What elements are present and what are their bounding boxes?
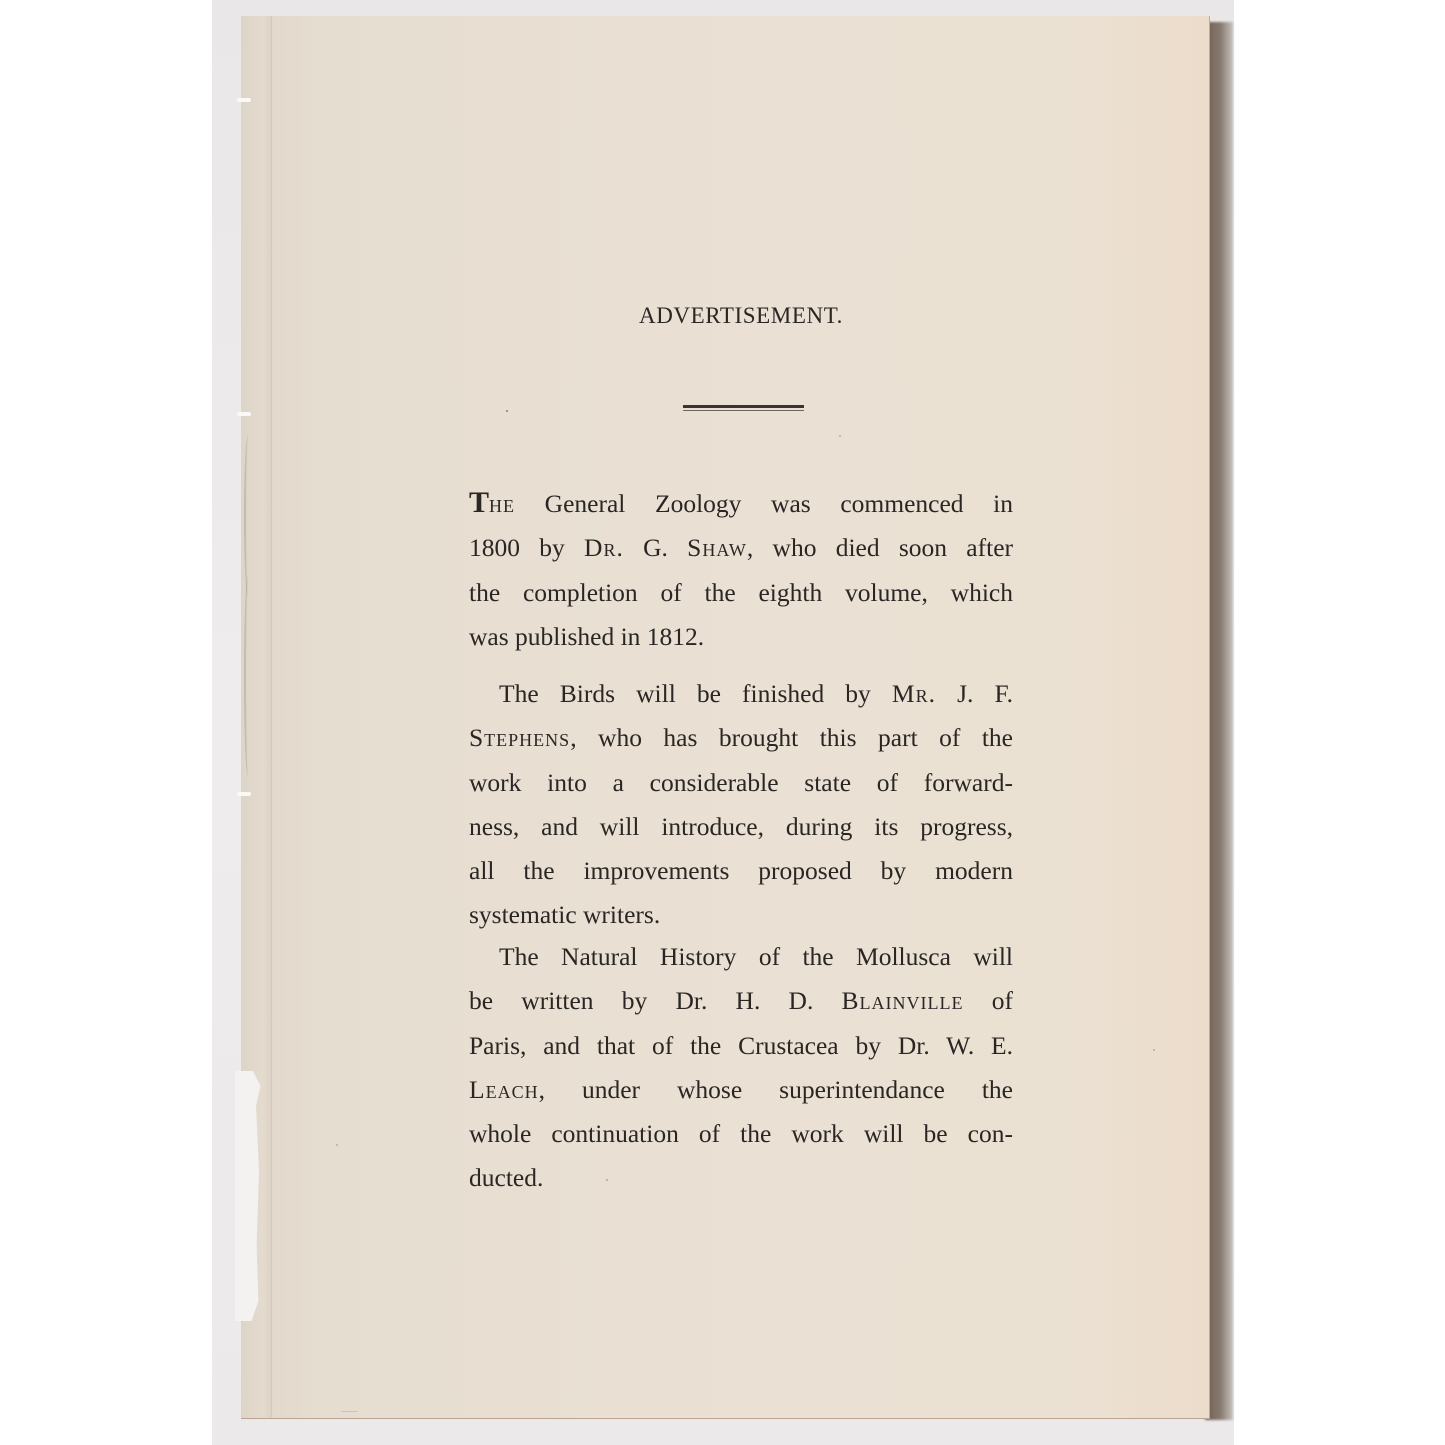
text-line: Leach, under whose superintendance the (469, 1068, 1013, 1112)
paper-speck (839, 435, 841, 437)
small-caps-name: Leach (469, 1075, 539, 1104)
title-rule-thick (683, 405, 804, 408)
title-rule-thin (683, 410, 804, 411)
small-caps-name: Dr. (584, 533, 624, 562)
text-line: systematic writers. (469, 893, 1013, 937)
paper-speck (506, 410, 508, 412)
text-run: was published in 1812. (469, 622, 704, 651)
text-run: J. F. (936, 679, 1013, 708)
text-run: , who died soon after (747, 533, 1013, 562)
text-run: ducted. (469, 1163, 543, 1192)
text-line: was published in 1812. (469, 615, 1013, 659)
paper-crease (244, 436, 252, 596)
text-run: ness, and will introduce, during its pro… (469, 812, 1013, 841)
text-line: Paris, and that of the Crustacea by Dr. … (469, 1024, 1013, 1068)
text-run: systematic writers. (469, 900, 660, 929)
text-run: The Birds will be finished by (499, 679, 892, 708)
paper-crease (244, 576, 252, 776)
text-run: work into a considerable state of forwar… (469, 768, 1013, 797)
text-run: all the improvements proposed by modern (469, 856, 1013, 885)
text-run: the completion of the eighth volume, whi… (469, 578, 1013, 607)
text-run: The Natural History of the Mollusca will (499, 942, 1013, 971)
text-line: The Natural History of the Mollusca will (469, 935, 1013, 979)
text-run: 1800 by (469, 533, 584, 562)
text-line: whole continuation of the work will be c… (469, 1112, 1013, 1156)
paragraph-1: The General Zoology was commenced in1800… (469, 481, 1013, 659)
page-title: ADVERTISEMENT. (469, 303, 1013, 329)
stitch-notch (237, 98, 251, 102)
text-line: be written by Dr. H. D. Blainville of (469, 979, 1013, 1023)
small-caps-name: Stephens (469, 723, 570, 752)
drop-capital: T (469, 486, 489, 519)
paragraph-3: The Natural History of the Mollusca will… (469, 935, 1013, 1201)
stitch-notch (237, 792, 251, 796)
text-run: be written by Dr. H. D. (469, 986, 842, 1015)
text-line: The General Zoology was commenced in (469, 481, 1013, 526)
pencil-mark: ~~~~ (341, 1408, 358, 1416)
book-page: ~~~~ ADVERTISEMENT. The General Zoology … (241, 16, 1210, 1419)
text-line: ducted. (469, 1156, 1013, 1200)
paragraph-2: The Birds will be finished by Mr. J. F.S… (469, 672, 1013, 938)
text-run: General Zoology was commenced in (515, 489, 1013, 518)
small-caps-name: Shaw (687, 533, 747, 562)
text-run: G. (624, 533, 687, 562)
paper-speck (336, 1144, 338, 1146)
text-line: work into a considerable state of forwar… (469, 761, 1013, 805)
text-line: The Birds will be finished by Mr. J. F. (469, 672, 1013, 716)
text-line: all the improvements proposed by modern (469, 849, 1013, 893)
stitch-notch (237, 412, 251, 416)
text-run: Paris, and that of the Crustacea by Dr. … (469, 1031, 1013, 1060)
small-caps-name: Blainville (842, 986, 964, 1015)
small-caps-name: Mr. (892, 679, 936, 708)
paper-speck (1153, 1049, 1155, 1051)
small-caps-name: he (489, 489, 515, 518)
text-run: , who has brought this part of the (570, 723, 1013, 752)
text-line: 1800 by Dr. G. Shaw, who died soon after (469, 526, 1013, 570)
text-run: whole continuation of the work will be c… (469, 1119, 1013, 1148)
text-line: Stephens, who has brought this part of t… (469, 716, 1013, 760)
text-run: , under whose superintendance the (539, 1075, 1013, 1104)
text-line: ness, and will introduce, during its pro… (469, 805, 1013, 849)
text-run: of (964, 986, 1013, 1015)
text-line: the completion of the eighth volume, whi… (469, 571, 1013, 615)
